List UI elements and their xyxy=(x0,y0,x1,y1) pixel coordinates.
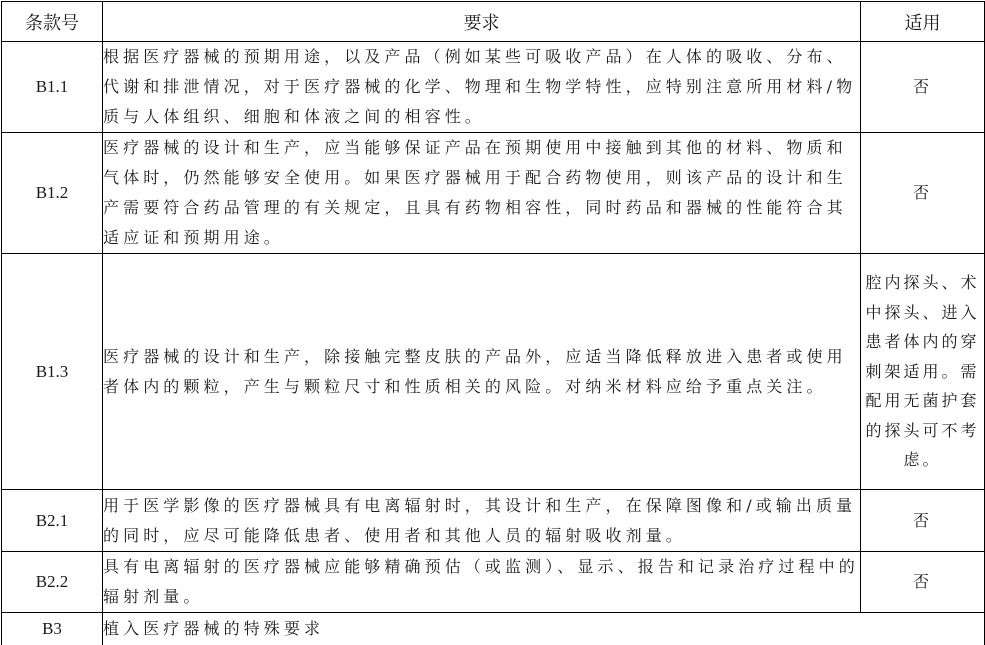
table-row: B1.3 医疗器械的设计和生产，除接触完整皮肤的产品外，应适当降低释放进入患者或… xyxy=(2,254,985,490)
clause-number: B1.1 xyxy=(2,42,103,133)
header-applicable: 适用 xyxy=(861,2,985,42)
requirement-text: 医疗器械的设计和生产，应当能够保证产品在预期使用中接触到其他的材料、物质和气体时… xyxy=(103,133,861,254)
applicable-value: 否 xyxy=(861,133,985,254)
section-title: 植入医疗器械的特殊要求 xyxy=(103,613,985,645)
requirement-text: 具有电离辐射的医疗器械应能够精确预估（或监测）、显示、报告和记录治疗过程中的辐射… xyxy=(103,552,861,613)
table-row-section: B3 植入医疗器械的特殊要求 xyxy=(2,613,985,645)
table-row: B2.1 用于医学影像的医疗器械具有电离辐射时，其设计和生产，在保障图像和/或输… xyxy=(2,490,985,552)
clause-number: B3 xyxy=(2,613,103,645)
clause-number: B2.2 xyxy=(2,552,103,613)
requirements-table: 条款号 要求 适用 B1.1 根据医疗器械的预期用途，以及产品（例如某些可吸收产… xyxy=(1,1,985,645)
requirement-text: 用于医学影像的医疗器械具有电离辐射时，其设计和生产，在保障图像和/或输出质量的同… xyxy=(103,490,861,552)
header-clause-number: 条款号 xyxy=(2,2,103,42)
applicable-value: 否 xyxy=(861,552,985,613)
table-row: B1.2 医疗器械的设计和生产，应当能够保证产品在预期使用中接触到其他的材料、物… xyxy=(2,133,985,254)
applicable-value: 腔内探头、术中探头、进入患者体内的穿刺架适用。需配用无菌护套的探头可不考虑。 xyxy=(861,254,985,490)
table-row: B1.1 根据医疗器械的预期用途，以及产品（例如某些可吸收产品）在人体的吸收、分… xyxy=(2,42,985,133)
requirement-text: 根据医疗器械的预期用途，以及产品（例如某些可吸收产品）在人体的吸收、分布、代谢和… xyxy=(103,42,861,133)
header-row: 条款号 要求 适用 xyxy=(2,2,985,42)
clause-number: B1.2 xyxy=(2,133,103,254)
applicable-value: 否 xyxy=(861,42,985,133)
clause-number: B2.1 xyxy=(2,490,103,552)
applicable-value: 否 xyxy=(861,490,985,552)
clause-number: B1.3 xyxy=(2,254,103,490)
header-requirement: 要求 xyxy=(103,2,861,42)
requirement-text: 医疗器械的设计和生产，除接触完整皮肤的产品外，应适当降低释放进入患者或使用者体内… xyxy=(103,254,861,490)
table-row: B2.2 具有电离辐射的医疗器械应能够精确预估（或监测）、显示、报告和记录治疗过… xyxy=(2,552,985,613)
